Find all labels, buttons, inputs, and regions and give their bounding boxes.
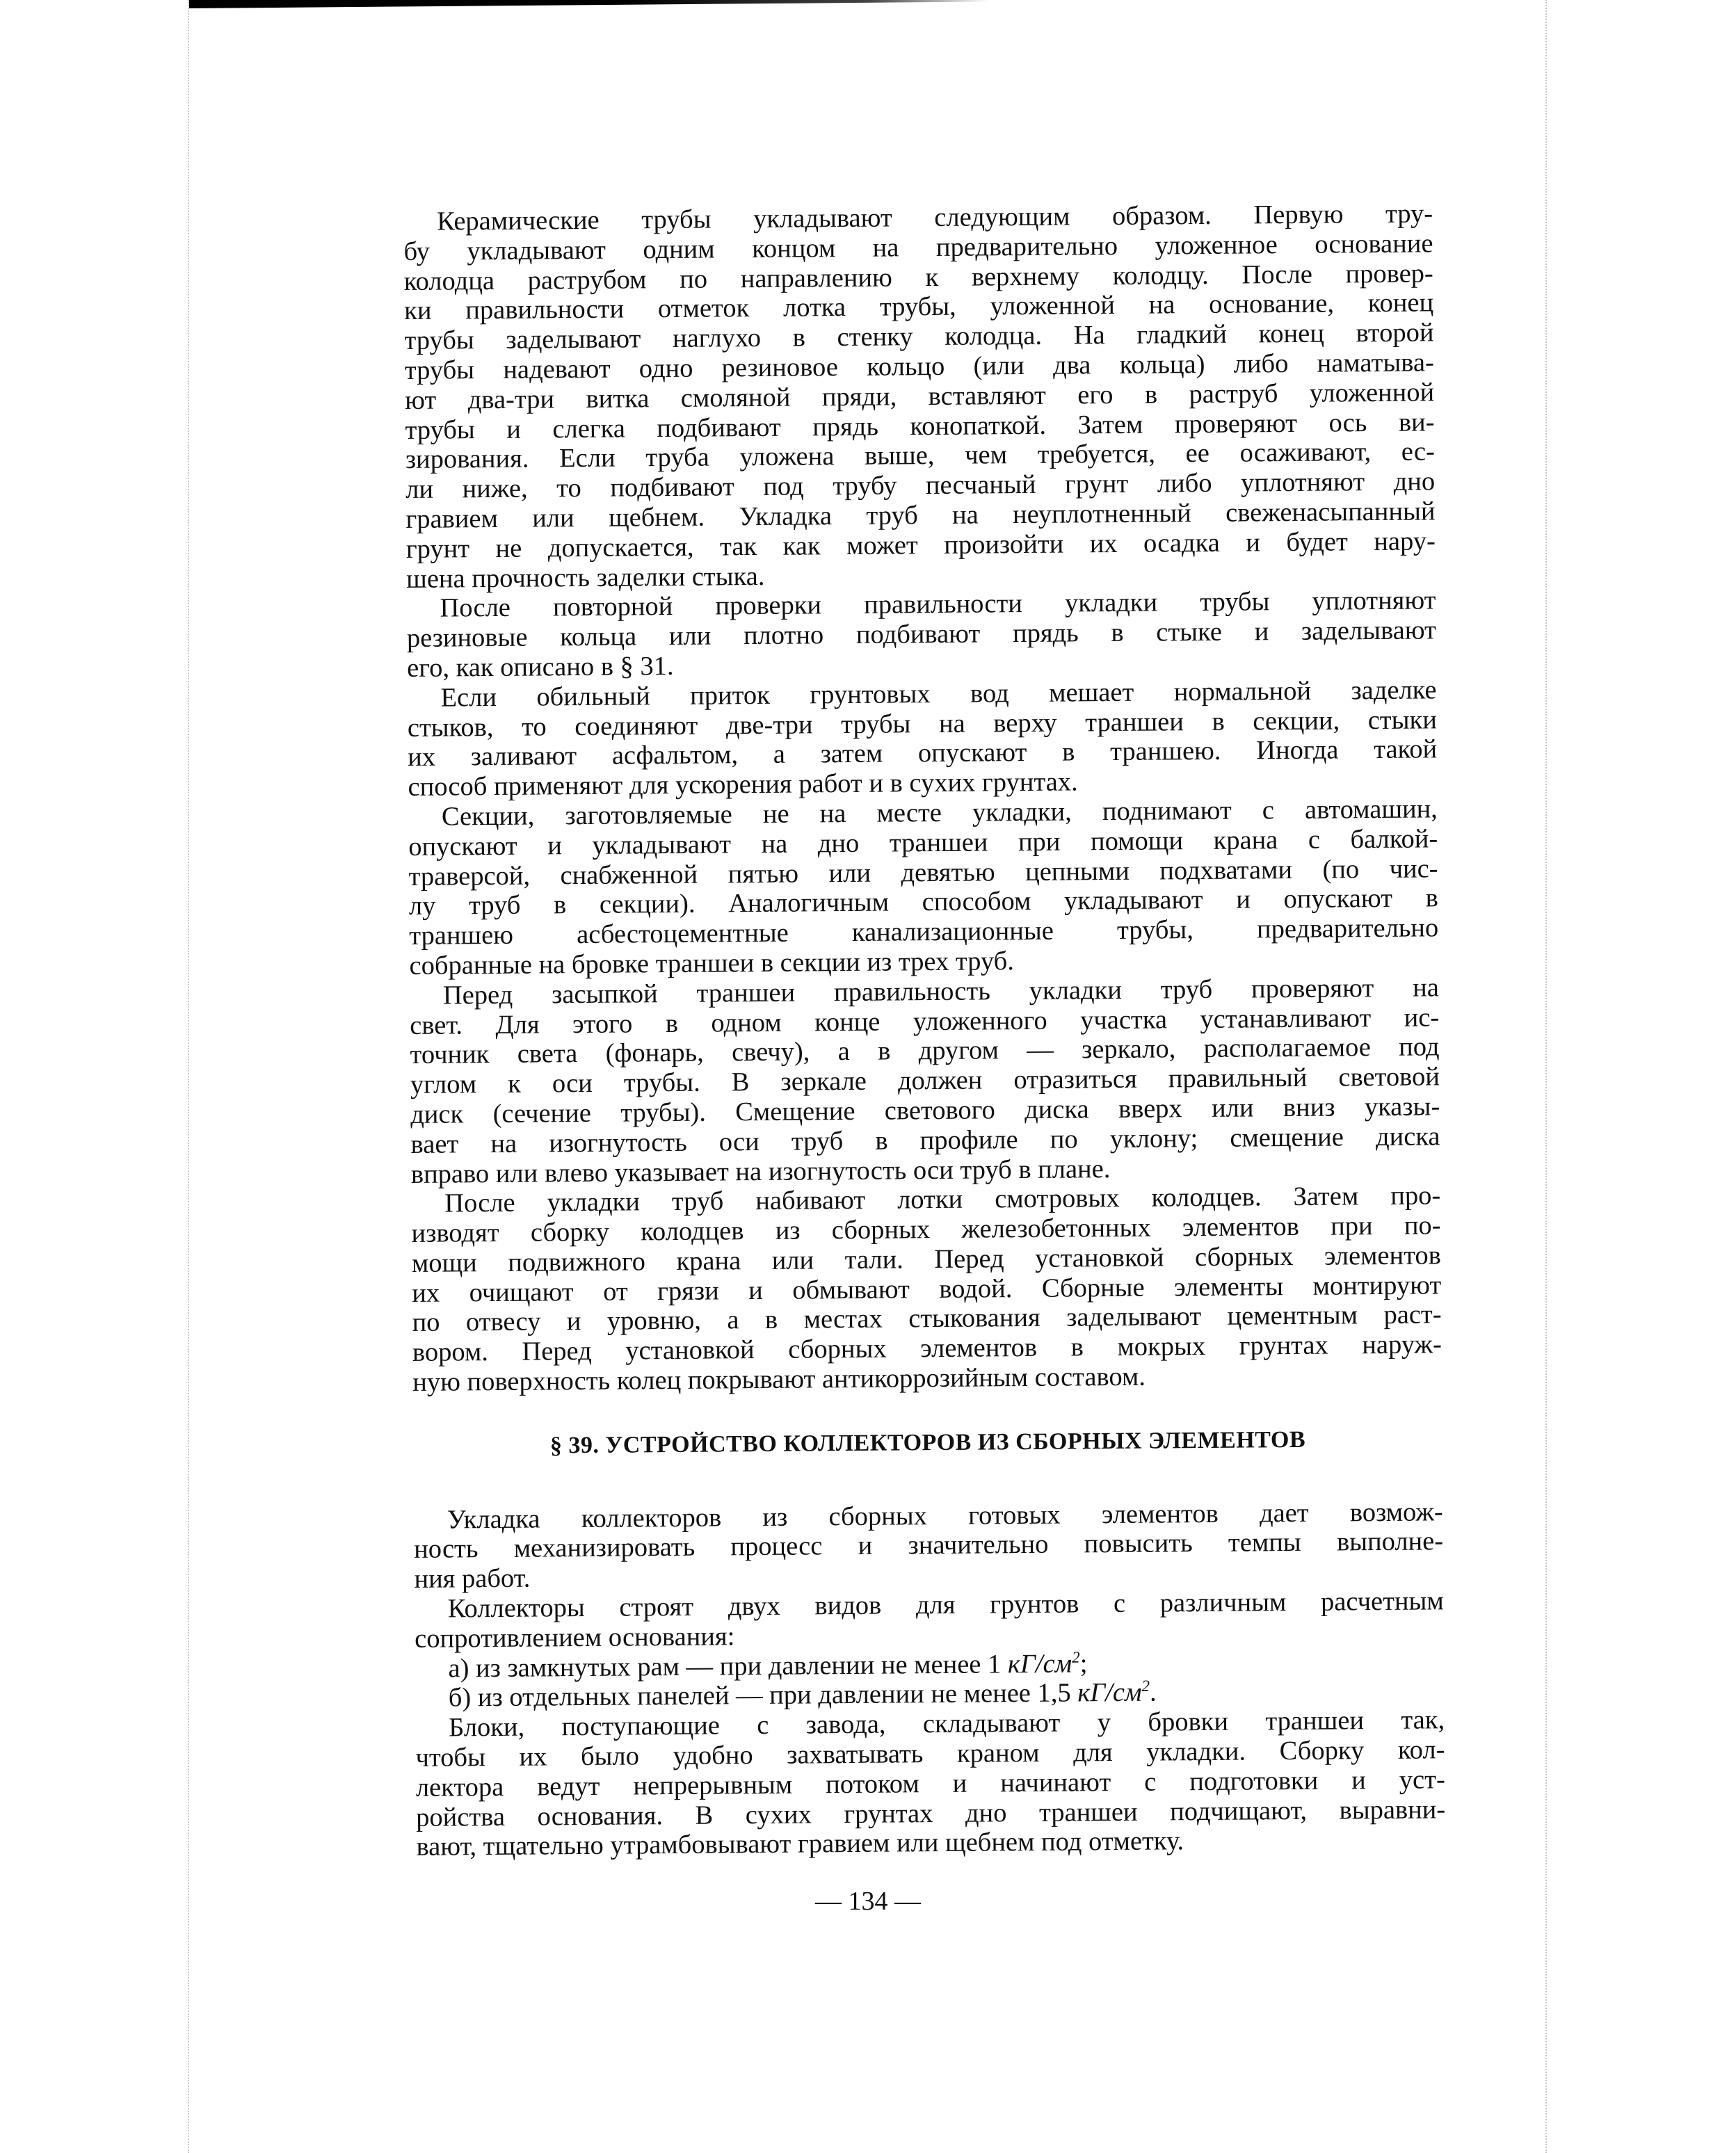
section-heading: § 39. УСТРОЙСТВО КОЛЛЕКТОРОВ ИЗ СБОРНЫХ … — [413, 1424, 1442, 1462]
paragraph: Укладка коллекторов из сборных готовых э… — [414, 1497, 1444, 1595]
paragraph: Перед засыпкой траншеи правильность укла… — [410, 973, 1440, 1189]
pressure-list: а) из замкнутых рам — при давлении не ме… — [415, 1646, 1445, 1713]
scan-dark-edge — [189, 0, 989, 8]
page-number: — 134 — — [0, 1886, 1736, 1917]
page-body: Керамические трубы укладывают следующим … — [403, 199, 1446, 1862]
paragraph: Секции, заготовляемые не на месте укладк… — [408, 794, 1439, 981]
paragraph: После повторной проверки правильности ук… — [406, 586, 1436, 684]
paragraphs-after-heading: Укладка коллекторов из сборных готовых э… — [414, 1497, 1445, 1654]
paragraph: Коллекторы строят двух видов для грунтов… — [415, 1586, 1445, 1654]
paragraph: Блоки, поступающие с завода, складывают … — [415, 1706, 1446, 1863]
scan-margin-left — [188, 0, 189, 2153]
paragraphs-before-heading: Керамические трубы укладывают следующим … — [403, 199, 1442, 1397]
final-paragraph: Блоки, поступающие с завода, складывают … — [415, 1706, 1446, 1863]
scan-margin-right — [1545, 0, 1547, 2153]
paragraph: Если обильный приток грунтовых вод мешае… — [407, 675, 1437, 803]
paragraph: Керамические трубы укладывают следующим … — [403, 199, 1436, 594]
paragraph: После укладки труб набивают лотки смотро… — [411, 1182, 1442, 1398]
